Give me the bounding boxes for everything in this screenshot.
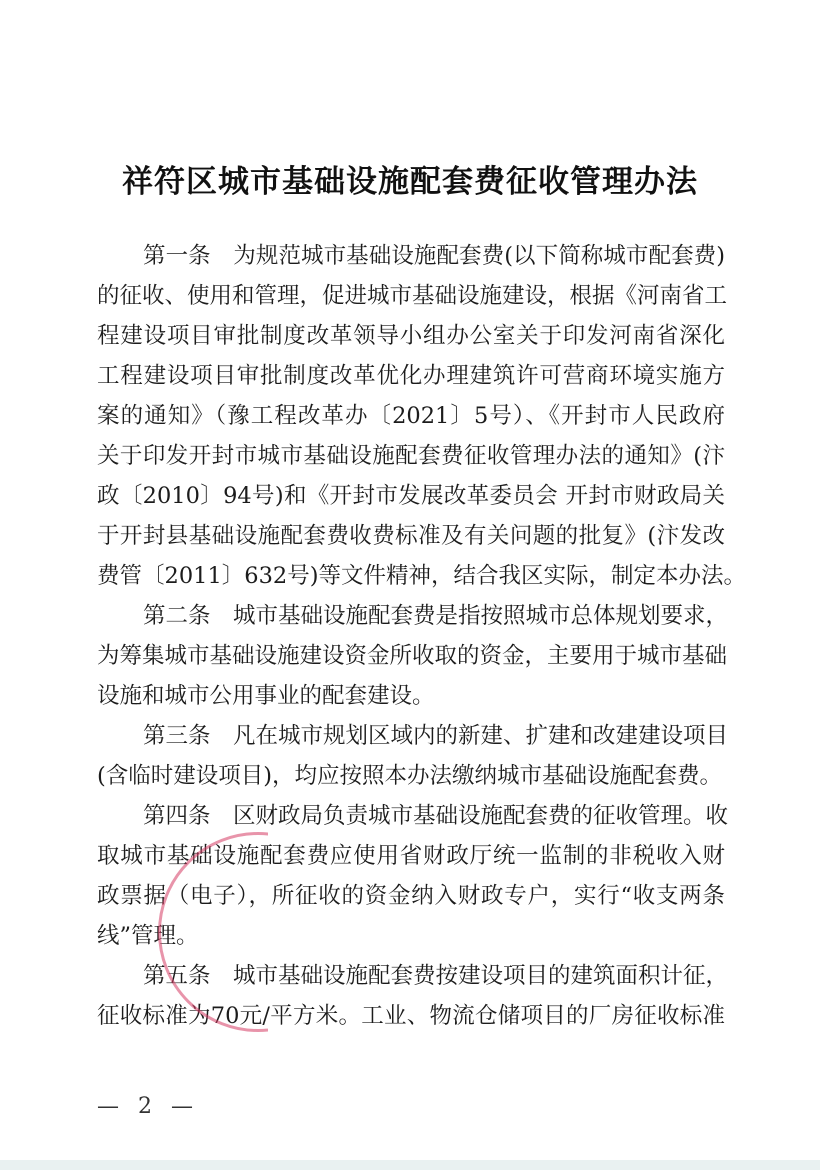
body-line: 第四条 区财政局负责城市基础设施配套费的征收管理。收 [97, 796, 725, 836]
body-line: 为筹集城市基础设施建设资金所收取的资金，主要用于城市基础 [97, 636, 725, 676]
body-line: 于开封县基础设施配套费收费标准及有关问题的批复》(汴发改 [97, 516, 725, 556]
body-line: 政票据（电子），所征收的资金纳入财政专户，实行“收支两条 [97, 876, 725, 916]
body-line: 取城市基础设施配套费应使用省财政厅统一监制的非税收入财 [97, 836, 725, 876]
body-line: 工程建设项目审批制度改革优化办理建筑许可营商环境实施方 [97, 356, 725, 396]
body-line: 征收标准为70元/平方米。工业、物流仓储项目的厂房征收标准 [97, 996, 725, 1036]
body-line: 程建设项目审批制度改革领导小组办公室关于印发河南省深化 [97, 316, 725, 356]
body-line: (含临时建设项目)，均应按照本办法缴纳城市基础设施配套费。 [97, 756, 725, 796]
body-line: 的征收、使用和管理，促进城市基础设施建设，根据《河南省工 [97, 276, 725, 316]
scan-edge [0, 1160, 820, 1170]
body-line: 线”管理。 [97, 916, 725, 956]
body-line: 费管〔2011〕632号)等文件精神，结合我区实际，制定本办法。 [97, 556, 725, 596]
body-line: 案的通知》（豫工程改革办〔2021〕5号）、《开封市人民政府 [97, 396, 725, 436]
page-number: — 2 — [97, 1094, 199, 1119]
body-line: 政〔2010〕94号)和《开封市发展改革委员会 开封市财政局关 [97, 476, 725, 516]
body-line: 第二条 城市基础设施配套费是指按照城市总体规划要求， [97, 596, 725, 636]
body-line: 第五条 城市基础设施配套费按建设项目的建筑面积计征， [97, 956, 725, 996]
body-line: 设施和城市公用事业的配套建设。 [97, 676, 725, 716]
body-line: 第三条 凡在城市规划区域内的新建、扩建和改建建设项目 [97, 716, 725, 756]
document-body: 第一条 为规范城市基础设施配套费(以下简称城市配套费) 的征收、使用和管理，促进… [97, 236, 725, 1036]
body-line: 第一条 为规范城市基础设施配套费(以下简称城市配套费) [97, 236, 725, 276]
document-page: 祥符区城市基础设施配套费征收管理办法 第一条 为规范城市基础设施配套费(以下简称… [0, 0, 820, 1170]
document-title: 祥符区城市基础设施配套费征收管理办法 [0, 156, 820, 201]
body-line: 关于印发开封市城市基础设施配套费征收管理办法的通知》(汴 [97, 436, 725, 476]
